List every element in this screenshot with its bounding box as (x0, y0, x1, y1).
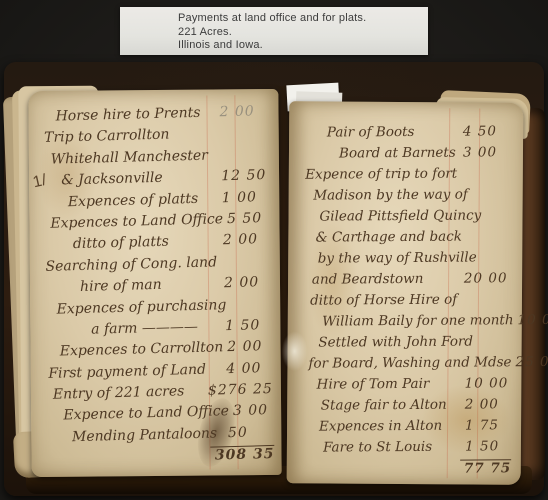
ledger-line: Expences in Alton1 75 (307, 417, 511, 439)
ledger-line-amount: 1 00 (218, 189, 268, 206)
ledger-line-description: Pair of Boots (305, 124, 415, 141)
ledger-line-description: hire of man (46, 277, 162, 296)
ledger-line-amount: 25 00 (511, 354, 548, 370)
ledger-line-amount: 12 50 (217, 167, 267, 184)
ledger-line-amount (220, 265, 270, 266)
ledger-line-description: by the way of Rushville (306, 249, 477, 266)
ledger-line-description: First payment of Land (48, 361, 206, 381)
ledger-line: Hire of Tom Pair10 00 (307, 375, 511, 397)
right-page-total: 77 75 (460, 459, 511, 476)
ledger-line-description: Expences to Land Office (44, 211, 223, 232)
ledger-line: and Beardstown20 00 (306, 270, 510, 292)
ledger-line-amount: 10 00 (461, 375, 511, 391)
ledger-line-description: ditto of platts (45, 234, 169, 253)
photo-background: 1/ Horse hire to Prents2 00Trip to Carro… (0, 0, 548, 500)
ledger-line-amount: 1 50 (221, 317, 271, 334)
ledger-line-description: Expences in Alton (307, 418, 442, 435)
ledger-line: for Board, Washing and Mdse25 00 (306, 354, 510, 376)
label-line: 221 Acres. (178, 26, 420, 40)
left-page: 1/ Horse hire to Prents2 00Trip to Carro… (28, 89, 281, 477)
ledger-line-description: & Carthage and back (306, 229, 462, 246)
ledger-line-description: Mending Pantaloons (50, 425, 218, 445)
left-ledger-lines: Horse hire to Prents2 00Trip to Carrollt… (41, 103, 274, 451)
left-page-total: 308 35 (211, 445, 275, 464)
ledger-line-amount: 4 50 (459, 123, 509, 139)
ledger-line-amount: 3 00 (459, 144, 509, 160)
ledger-line-amount: 5 50 (223, 210, 273, 227)
ledger-line-amount: 2 00 (220, 274, 270, 291)
ledger-line-amount: 1 75 (461, 417, 511, 433)
right-page-handwriting: Pair of Boots4 50Board at Barnets3 00Exp… (287, 101, 524, 485)
ledger-line-amount: 50 (224, 424, 274, 441)
ledger-line-description: ditto of Horse Hire of (306, 292, 457, 309)
ledger-line-description: Board at Barnets (305, 145, 456, 162)
ledger-line-description: Hire of Tom Pair (307, 376, 430, 393)
ledger-line: Pair of Boots4 50 (305, 123, 509, 145)
ledger-line-description: Trip to Carrollton (42, 127, 170, 146)
ledger-line: Gilead Pittsfield Quincy (305, 207, 509, 229)
ledger-line-description: Searching of Cong. land (45, 254, 217, 274)
ledger-line-description: Fare to St Louis (307, 439, 432, 456)
ledger-line-description: Expence to Land Office (49, 404, 229, 425)
ledger-line: Madison by the way of (305, 186, 509, 208)
ledger-line-description: Gilead Pittsfield Quincy (305, 207, 481, 224)
ledger-line: Stage fair to Alton2 00 (307, 396, 511, 418)
ledger-line-amount: 2 00 (223, 338, 273, 355)
ledger-line-amount (217, 158, 267, 159)
right-page: Pair of Boots4 50Board at Barnets3 00Exp… (287, 101, 524, 485)
ledger-line: & Carthage and back (306, 228, 510, 250)
ledger-line-description: Stage fair to Alton (307, 397, 447, 414)
ledger-line-description: Madison by the way of (305, 187, 468, 204)
ledger-line-description: Expences of purchasing (46, 297, 226, 318)
ledger-line-description: & Jacksonville (43, 170, 163, 189)
ledger-line: William Baily for one month10 00 (306, 312, 510, 334)
ledger-line-amount: 4 00 (222, 360, 272, 377)
ledger-line-amount (226, 307, 276, 308)
left-page-total-row: 308 35 (50, 445, 274, 472)
ledger-line-description: Expences of platts (44, 190, 199, 210)
ledger-line-description: and Beardstown (306, 271, 424, 288)
ledger-line-description: Expences to Carrollton (48, 340, 224, 361)
label-line: Illinois and Iowa. (178, 39, 420, 53)
archival-label: Payments at land office and for plats. 2… (120, 7, 428, 55)
ledger-line-amount: 2 00 (215, 103, 265, 120)
ledger-line-description: Expence of trip to fort (305, 166, 457, 183)
ledger-line: Fare to St Louis1 50 (307, 438, 511, 460)
ledger-line: Board at Barnets3 00 (305, 144, 509, 166)
ledger-line-amount: 10 00 (513, 312, 548, 328)
label-line: Payments at land office and for plats. (178, 12, 420, 26)
ledger-line-amount: 2 00 (219, 231, 269, 248)
right-page-total-row: 77 75 (307, 459, 511, 481)
ledger-line-description: Entry of 221 acres (49, 383, 185, 403)
ledger-line-amount (216, 136, 266, 137)
ledger-line: by the way of Rushville (306, 249, 510, 271)
ledger-line: ditto of Horse Hire of (306, 291, 510, 313)
ledger-line-description: Whitehall Manchester (43, 147, 209, 167)
ledger-line-description: Settled with John Ford (306, 334, 473, 351)
ledger-line-description: a farm ———— (47, 319, 198, 339)
ledger-line-amount: $276 25 (204, 381, 273, 399)
ledger-line-amount: 3 00 (229, 402, 279, 419)
ledger-line: Expence of trip to fort (305, 165, 509, 187)
ledger-line-description: Horse hire to Prents (41, 105, 200, 125)
left-page-handwriting: Horse hire to Prents2 00Trip to Carrollt… (25, 87, 285, 479)
ledger-line-amount: 1 50 (461, 438, 511, 454)
ledger-line: Settled with John Ford (306, 333, 510, 355)
ledger-line-description: William Baily for one month (306, 312, 513, 329)
ledger-line-amount: 2 00 (461, 396, 511, 412)
ledger-line-amount: 20 00 (460, 270, 510, 286)
right-ledger-lines: Pair of Boots4 50Board at Barnets3 00Exp… (305, 123, 511, 460)
ledger-line-description: for Board, Washing and Mdse (306, 354, 511, 371)
